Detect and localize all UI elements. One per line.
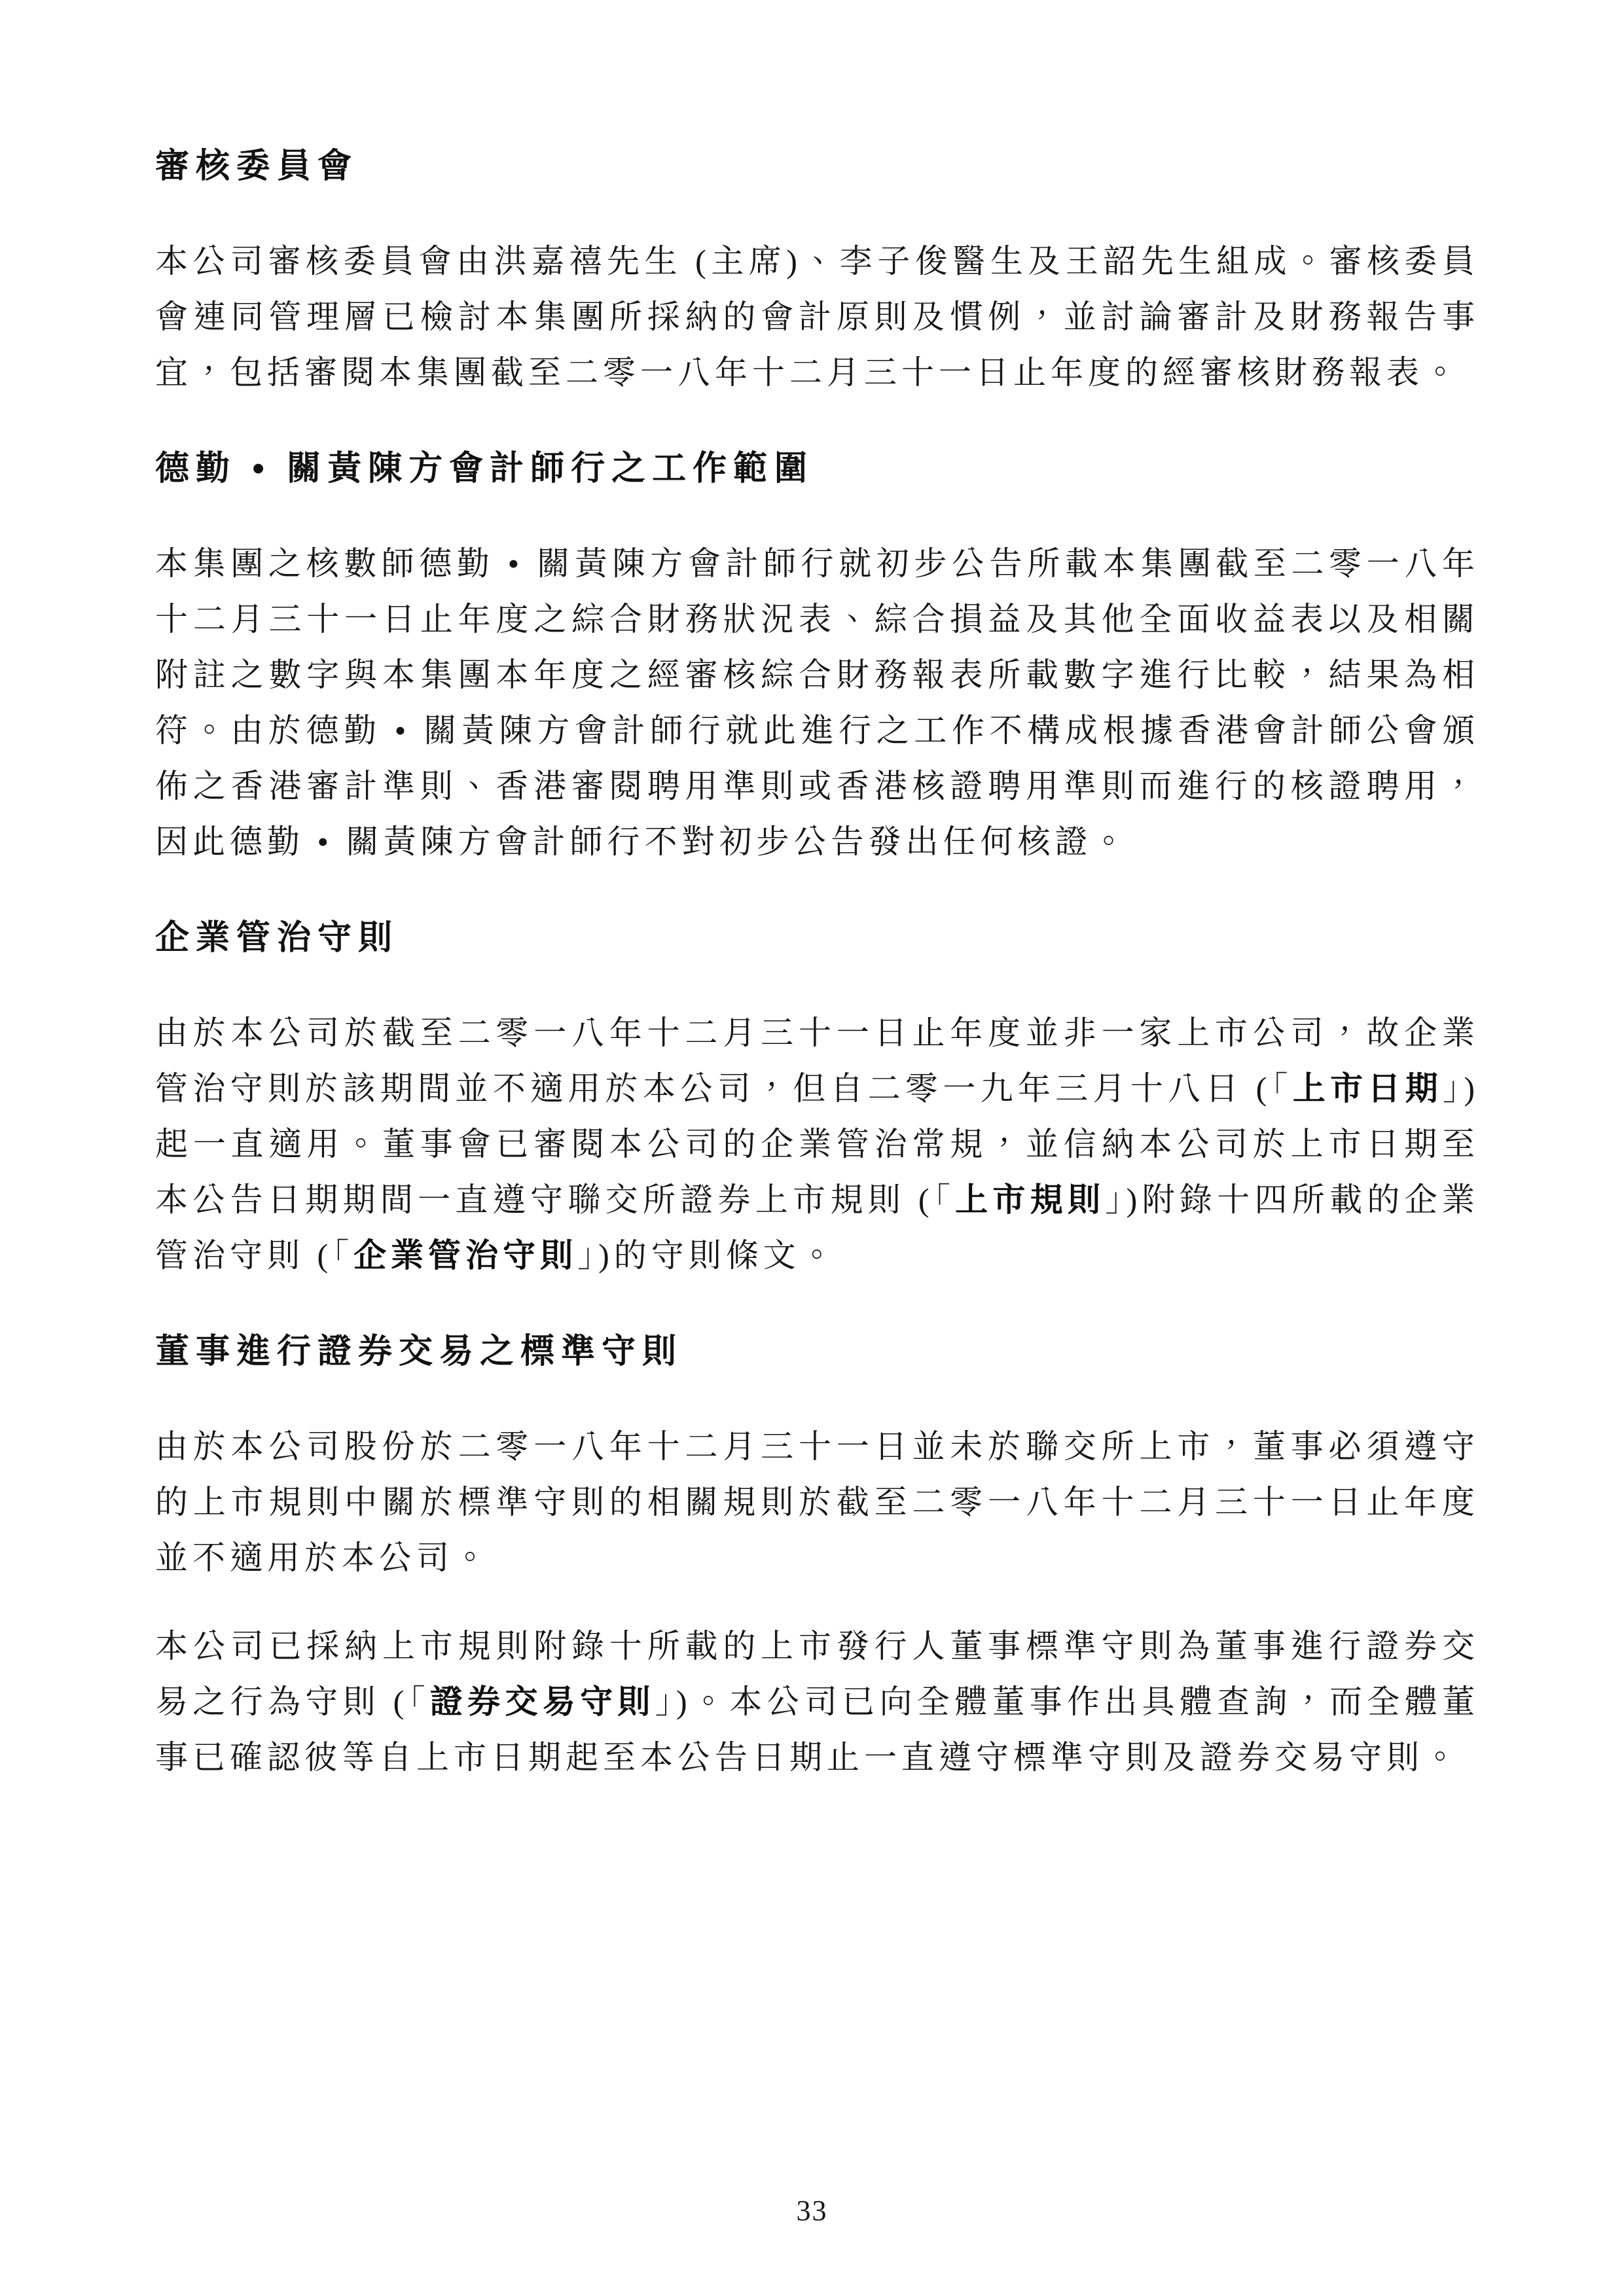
section-corporate-governance-code: 企業管治守則 由於本公司於截至二零一八年十二月三十一日止年度並非一家上市公司，故… (155, 910, 1479, 1283)
section-auditor-scope-of-work: 德勤 • 關黃陳方會計師行之工作範圍 本集團之核數師德勤 • 關黃陳方會計師行就… (155, 441, 1479, 870)
section-model-code: 董事進行證券交易之標準守則 由於本公司股份於二零一八年十二月三十一日並未於聯交所… (155, 1324, 1479, 1785)
paragraph: 本公司審核委員會由洪嘉禧先生 (主席)、李子俊醫生及王韶先生組成。審核委員會連同… (155, 234, 1479, 401)
paragraph: 本公司已採納上市規則附錄十所載的上市發行人董事標準守則為董事進行證券交易之行為守… (155, 1619, 1479, 1785)
paragraph: 本集團之核數師德勤 • 關黃陳方會計師行就初步公告所載本集團截至二零一八年十二月… (155, 536, 1479, 870)
text-segment: 本公司審核委員會由洪嘉禧先生 (主席)、李子俊醫生及王韶先生組成。審核委員會連同… (155, 243, 1479, 391)
section-heading-cg-code: 企業管治守則 (155, 910, 1479, 966)
text-segment: 由於本公司股份於二零一八年十二月三十一日並未於聯交所上市，董事必須遵守的上市規則… (155, 1428, 1479, 1576)
section-heading-audit-committee: 審核委員會 (155, 139, 1479, 194)
defined-term-listing-date: 上市日期 (1293, 1070, 1443, 1107)
section-heading-model-code: 董事進行證券交易之標準守則 (155, 1324, 1479, 1380)
paragraph: 由於本公司股份於二零一八年十二月三十一日並未於聯交所上市，董事必須遵守的上市規則… (155, 1419, 1479, 1586)
defined-term-listing-rules: 上市規則 (955, 1181, 1105, 1218)
text-segment: 本集團之核數師德勤 • 關黃陳方會計師行就初步公告所載本集團截至二零一八年十二月… (155, 545, 1479, 860)
text-segment: 由於本公司於截至二零一八年十二月三十一日止年度並非一家上市公司，故企業管治守則於… (155, 1014, 1479, 1107)
section-audit-committee: 審核委員會 本公司審核委員會由洪嘉禧先生 (主席)、李子俊醫生及王韶先生組成。審… (155, 139, 1479, 401)
paragraph: 由於本公司於截至二零一八年十二月三十一日止年度並非一家上市公司，故企業管治守則於… (155, 1005, 1479, 1283)
text-segment: 」)的守則條文。 (577, 1237, 838, 1274)
defined-term-securities-dealing-code: 證券交易守則 (430, 1683, 655, 1720)
document-page: 審核委員會 本公司審核委員會由洪嘉禧先生 (主席)、李子俊醫生及王韶先生組成。審… (0, 0, 1624, 2296)
defined-term-cg-code: 企業管治守則 (353, 1237, 577, 1274)
page-number: 33 (0, 2194, 1624, 2227)
section-heading-auditor-scope: 德勤 • 關黃陳方會計師行之工作範圍 (155, 441, 1479, 497)
